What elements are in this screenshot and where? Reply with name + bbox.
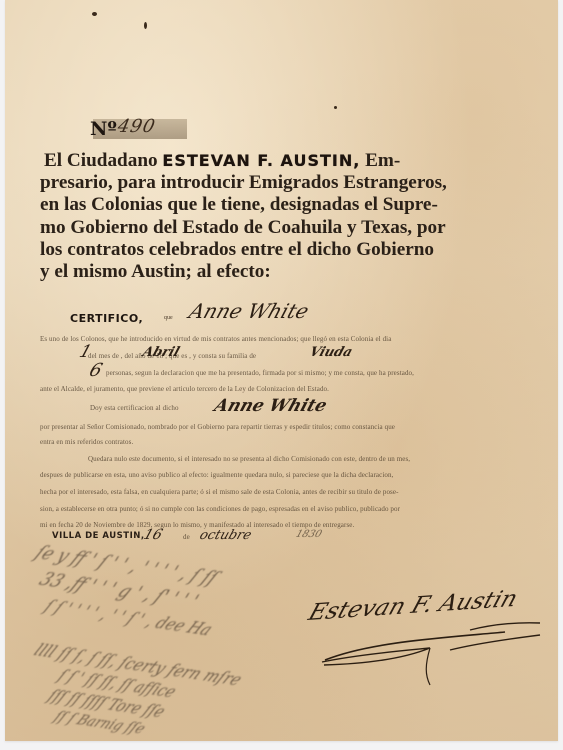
body-line: entra en mis referidos contratos. [40,438,133,446]
body-line: Quedara nulo este documento, si el inter… [88,455,410,463]
body-line: ante el Alcalde, el juramento, que previ… [40,385,329,393]
body-line: mi en fecha 20 de Noviembre de 1829, seg… [40,521,354,529]
body-line: por presentar al Señor Comisionado, nomb… [40,423,395,431]
ink-spot [144,22,147,29]
arrival-month-handwritten: Abril [141,345,182,360]
ink-spot [334,106,337,109]
certified-name-handwritten: Anne White [212,396,330,416]
heading-line: los contratos celebrados entre el dicho … [40,239,510,261]
place-label: VILLA DE AUSTIN, [52,531,145,541]
empresario-name: ESTEVAN F. AUSTIN, [162,151,360,170]
date-month-handwritten: octubre [198,528,254,543]
heading-line: mo Gobierno del Estado de Coahuila y Tex… [40,217,510,239]
heading-line: presario, para introducir Emigrados Estr… [40,172,510,194]
heading-line: El Ciudadano ESTEVAN F. AUSTIN, Em- [40,150,510,172]
certificate-number-value: 490 [116,116,158,137]
date-year-handwritten: 1830 [294,529,323,540]
body-line: Doy esta certificacion al dicho [90,404,179,412]
que-label: que [164,315,173,321]
status-handwritten: Viuda [308,345,355,360]
date-de-label: de [183,533,190,541]
colonist-name-handwritten: Anne White [186,299,312,323]
certifico-label: CERTIFICO, [70,312,143,325]
body-line: personas, segun la declaracion que me ha… [106,369,414,377]
certificate-number-label: Nº [90,118,117,140]
signature-flourish-icon [300,620,550,710]
heading-line: y el mismo Austin; al efecto: [40,261,510,283]
heading-line: en las Colonias que le tiene, designadas… [40,194,510,216]
body-line: sion, a establecerse en otra punto; ó si… [40,505,400,513]
body-line: hecha por el interesado, esta falsa, en … [40,488,399,496]
body-line: despues de publicarse en esta, uno aviso… [40,471,393,479]
heading-paragraph: El Ciudadano ESTEVAN F. AUSTIN, Em- pres… [40,150,510,283]
ink-spot [92,12,97,16]
